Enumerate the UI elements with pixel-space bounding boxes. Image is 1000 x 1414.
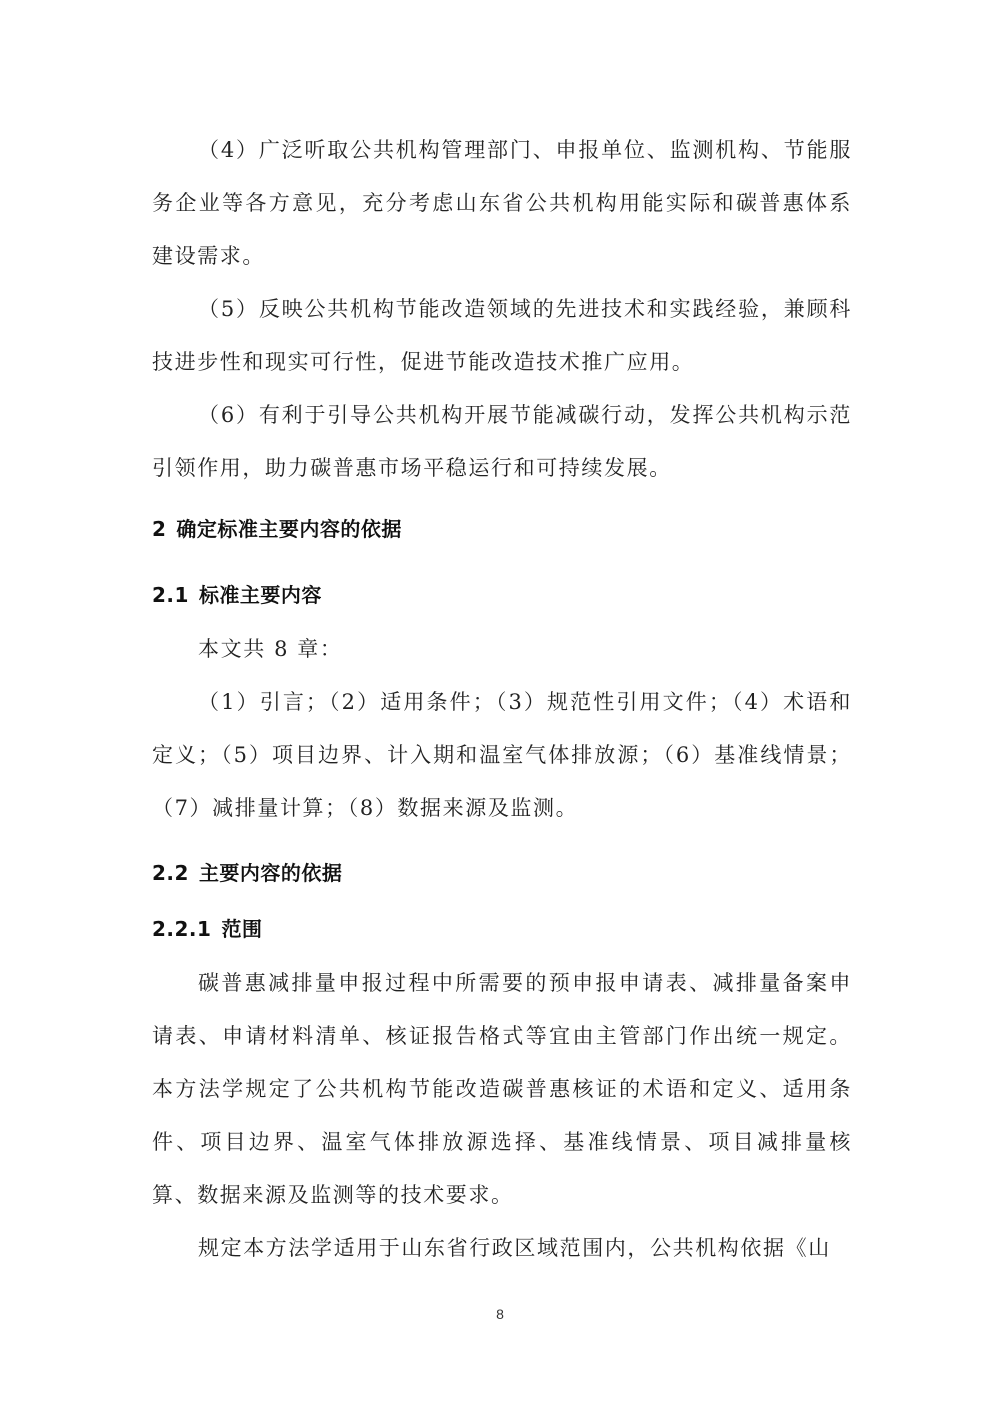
page-content: （4）广泛听取公共机构管理部门、申报单位、监测机构、节能服务企业等各方意见，充分… bbox=[152, 124, 852, 1275]
page-number: 8 bbox=[0, 1306, 1000, 1322]
section-heading-2-2-1: 2.2.1范围 bbox=[152, 901, 852, 957]
section-title: 范围 bbox=[221, 917, 262, 941]
section-number: 2.2 bbox=[152, 861, 189, 885]
document-page: （4）广泛听取公共机构管理部门、申报单位、监测机构、节能服务企业等各方意见，充分… bbox=[0, 0, 1000, 1414]
paragraph-item-5: （5）反映公共机构节能改造领域的先进技术和实践经验，兼顾科技进步性和现实可行性，… bbox=[152, 283, 852, 389]
section-title: 主要内容的依据 bbox=[199, 861, 343, 885]
scope-paragraph: 碳普惠减排量申报过程中所需要的预申报申请表、减排量备案申请表、申请材料清单、核证… bbox=[152, 957, 852, 1222]
section-heading-2-1: 2.1标准主要内容 bbox=[152, 567, 852, 623]
paragraph-item-4: （4）广泛听取公共机构管理部门、申报单位、监测机构、节能服务企业等各方意见，充分… bbox=[152, 124, 852, 283]
section-number: 2.1 bbox=[152, 583, 189, 607]
section-number: 2.2.1 bbox=[152, 917, 211, 941]
section-number: 2 bbox=[152, 517, 166, 541]
chapter-count-intro: 本文共 8 章： bbox=[152, 623, 852, 676]
section-heading-2: 2确定标准主要内容的依据 bbox=[152, 501, 852, 557]
chapter-list: （1）引言；（2）适用条件；（3）规范性引用文件；（4）术语和定义；（5）项目边… bbox=[152, 676, 852, 835]
scope-applicability-paragraph: 规定本方法学适用于山东省行政区域范围内，公共机构依据《山 bbox=[152, 1222, 852, 1275]
section-title: 确定标准主要内容的依据 bbox=[176, 517, 402, 541]
paragraph-item-6: （6）有利于引导公共机构开展节能减碳行动，发挥公共机构示范引领作用，助力碳普惠市… bbox=[152, 389, 852, 495]
section-title: 标准主要内容 bbox=[199, 583, 322, 607]
section-heading-2-2: 2.2主要内容的依据 bbox=[152, 845, 852, 901]
